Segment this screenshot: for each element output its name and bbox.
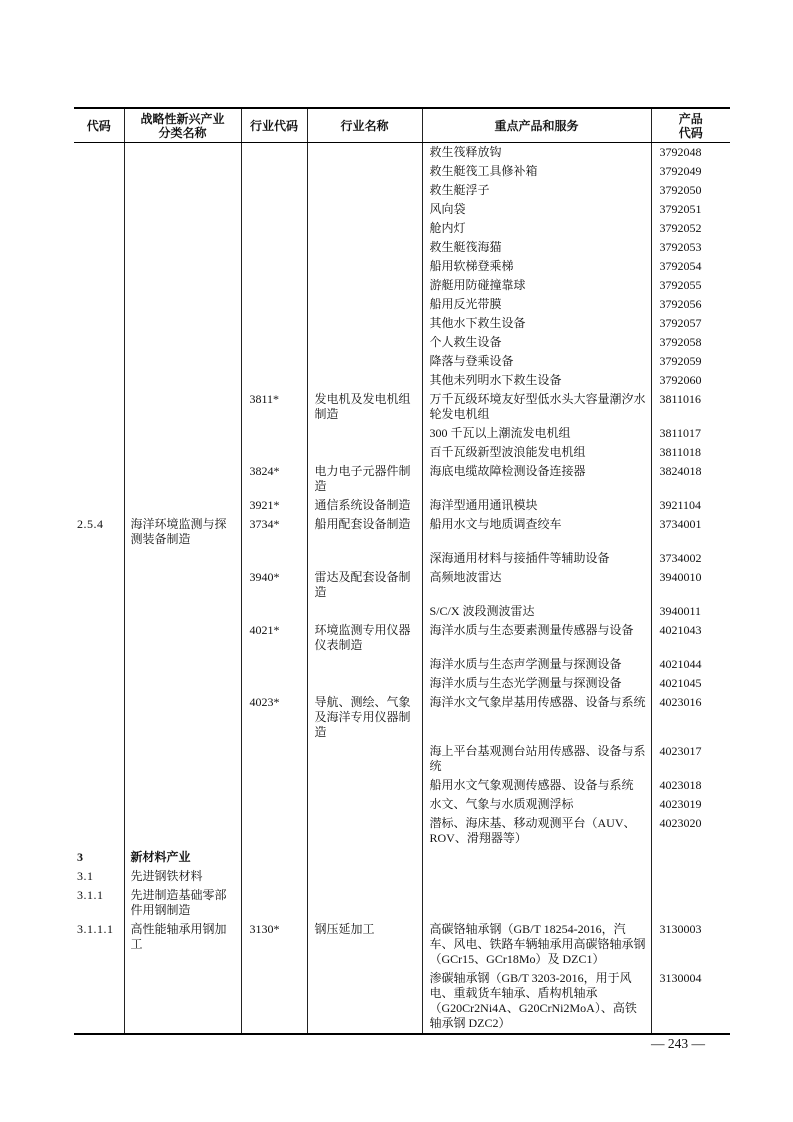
cell-product: 万千瓦级环境友好型低水头大容量潮汐水轮发电机组 [422, 390, 651, 424]
cell-industry-code [241, 814, 307, 848]
cell-category [124, 371, 241, 390]
cell-category [124, 333, 241, 352]
table-row: 舱内灯3792052 [74, 219, 730, 238]
table-row: 救生艇筏海猫3792053 [74, 238, 730, 257]
cell-product: 船用软梯登乘梯 [422, 257, 651, 276]
cell-code [74, 219, 124, 238]
cell-code [74, 352, 124, 371]
cell-industry-code [241, 969, 307, 1034]
cell-product: 海底电缆故障检测设备连接器 [422, 462, 651, 496]
table-row: 风向袋3792051 [74, 200, 730, 219]
table-row: 船用水文气象观测传感器、设备与系统4023018 [74, 776, 730, 795]
cell-industry-name [307, 674, 422, 693]
cell-code [74, 742, 124, 776]
cell-product: 其他未列明水下救生设备 [422, 371, 651, 390]
cell-category: 先进钢铁材料 [124, 867, 241, 886]
table-row: 潜标、海床基、移动观测平台（AUV、ROV、滑翔器等）4023020 [74, 814, 730, 848]
cell-code [74, 462, 124, 496]
cell-industry-code [241, 443, 307, 462]
cell-product-code: 4021045 [651, 674, 730, 693]
cell-industry-code: 3130* [241, 920, 307, 969]
cell-category: 先进制造基础零部件用钢制造 [124, 886, 241, 920]
cell-category [124, 219, 241, 238]
cell-product-code: 4021044 [651, 655, 730, 674]
cell-code [74, 814, 124, 848]
cell-industry-name [307, 655, 422, 674]
cell-industry-name [307, 742, 422, 776]
cell-product-code: 3792057 [651, 314, 730, 333]
cell-category [124, 674, 241, 693]
cell-product-code: 3811018 [651, 443, 730, 462]
cell-product: 海洋水质与生态声学测量与探测设备 [422, 655, 651, 674]
cell-industry-name [307, 549, 422, 568]
cell-code: 3 [74, 848, 124, 867]
cell-industry-code: 3940* [241, 568, 307, 602]
table-body: 救生筏释放钩3792048救生艇筏工具修补箱3792049救生艇浮子379205… [74, 143, 730, 1035]
cell-industry-code [241, 674, 307, 693]
table-row: 救生艇浮子3792050 [74, 181, 730, 200]
cell-code [74, 621, 124, 655]
cell-industry-name [307, 314, 422, 333]
cell-product: 深海通用材料与接插件等辅助设备 [422, 549, 651, 568]
cell-industry-code [241, 742, 307, 776]
cell-industry-code [241, 162, 307, 181]
table-row: 3824*电力电子元器件制造海底电缆故障检测设备连接器3824018 [74, 462, 730, 496]
cell-product [422, 867, 651, 886]
cell-industry-name [307, 969, 422, 1034]
cell-code [74, 655, 124, 674]
cell-category [124, 621, 241, 655]
table-row: 船用反光带膜3792056 [74, 295, 730, 314]
table-row: 3921*通信系统设备制造海洋型通用通讯模块3921104 [74, 496, 730, 515]
cell-industry-name [307, 795, 422, 814]
table-row: 4021*环境监测专用仪器仪表制造海洋水质与生态要素测量传感器与设备402104… [74, 621, 730, 655]
cell-category [124, 200, 241, 219]
table-row: 3新材料产业 [74, 848, 730, 867]
cell-product-code: 3792050 [651, 181, 730, 200]
cell-industry-code [241, 776, 307, 795]
cell-code [74, 693, 124, 742]
cell-industry-name [307, 295, 422, 314]
cell-category [124, 238, 241, 257]
cell-category [124, 462, 241, 496]
cell-code [74, 674, 124, 693]
cell-product-code [651, 848, 730, 867]
cell-category [124, 162, 241, 181]
cell-industry-name [307, 162, 422, 181]
cell-code: 3.1 [74, 867, 124, 886]
cell-industry-name [307, 424, 422, 443]
cell-product: 高频地波雷达 [422, 568, 651, 602]
cell-product: 海洋水质与生态要素测量传感器与设备 [422, 621, 651, 655]
cell-industry-code [241, 886, 307, 920]
cell-product-code: 3792054 [651, 257, 730, 276]
header-industry-name: 行业名称 [307, 108, 422, 143]
cell-industry-name: 发电机及发电机组制造 [307, 390, 422, 424]
cell-code [74, 333, 124, 352]
cell-code [74, 602, 124, 621]
cell-code [74, 969, 124, 1034]
cell-product-code: 3792060 [651, 371, 730, 390]
cell-industry-code [241, 549, 307, 568]
table-row: 其他未列明水下救生设备3792060 [74, 371, 730, 390]
cell-industry-code [241, 371, 307, 390]
cell-industry-name: 电力电子元器件制造 [307, 462, 422, 496]
cell-category [124, 693, 241, 742]
cell-industry-name: 通信系统设备制造 [307, 496, 422, 515]
header-product-code: 产品 代码 [651, 108, 730, 143]
cell-industry-name [307, 238, 422, 257]
cell-industry-code [241, 655, 307, 674]
table-row: 300 千瓦以上潮流发电机组3811017 [74, 424, 730, 443]
cell-product-code: 3940011 [651, 602, 730, 621]
document-page: 代码 战略性新兴产业 分类名称 行业代码 行业名称 重点产品和服务 产品 代码 … [0, 0, 793, 1122]
cell-code [74, 443, 124, 462]
cell-industry-code: 3824* [241, 462, 307, 496]
cell-product-code: 3792048 [651, 143, 730, 163]
cell-industry-code: 4021* [241, 621, 307, 655]
cell-code [74, 795, 124, 814]
page-number: — 243 — [651, 1036, 705, 1052]
table-row: 深海通用材料与接插件等辅助设备3734002 [74, 549, 730, 568]
table-row: 4023*导航、测绘、气象及海洋专用仪器制造海洋水文气象岸基用传感器、设备与系统… [74, 693, 730, 742]
table-row: 水文、气象与水质观测浮标4023019 [74, 795, 730, 814]
cell-industry-name [307, 886, 422, 920]
cell-industry-code [241, 181, 307, 200]
cell-product: 水文、气象与水质观测浮标 [422, 795, 651, 814]
table-row: 3811*发电机及发电机组制造万千瓦级环境友好型低水头大容量潮汐水轮发电机组38… [74, 390, 730, 424]
cell-category [124, 776, 241, 795]
cell-product-code: 4023018 [651, 776, 730, 795]
cell-product: 潜标、海床基、移动观测平台（AUV、ROV、滑翔器等） [422, 814, 651, 848]
cell-code: 3.1.1 [74, 886, 124, 920]
cell-industry-name [307, 602, 422, 621]
cell-industry-code [241, 276, 307, 295]
cell-code [74, 200, 124, 219]
cell-product-code: 3130004 [651, 969, 730, 1034]
cell-industry-code [241, 333, 307, 352]
cell-industry-name [307, 814, 422, 848]
cell-product-code: 4023019 [651, 795, 730, 814]
table-row: 3.1先进钢铁材料 [74, 867, 730, 886]
cell-industry-code [241, 352, 307, 371]
cell-category [124, 424, 241, 443]
cell-code [74, 276, 124, 295]
cell-code: 3.1.1.1 [74, 920, 124, 969]
cell-product-code: 3130003 [651, 920, 730, 969]
cell-code [74, 143, 124, 163]
cell-product: 300 千瓦以上潮流发电机组 [422, 424, 651, 443]
table-row: 救生艇筏工具修补箱3792049 [74, 162, 730, 181]
cell-category [124, 568, 241, 602]
cell-industry-name [307, 352, 422, 371]
cell-category [124, 795, 241, 814]
table-row: 海上平台基观测台站用传感器、设备与系统4023017 [74, 742, 730, 776]
cell-code [74, 257, 124, 276]
cell-industry-code [241, 602, 307, 621]
cell-product: 海洋型通用通讯模块 [422, 496, 651, 515]
cell-industry-name: 雷达及配套设备制造 [307, 568, 422, 602]
cell-product-code [651, 886, 730, 920]
cell-category: 高性能轴承用钢加工 [124, 920, 241, 969]
cell-category [124, 443, 241, 462]
cell-product-code: 3921104 [651, 496, 730, 515]
cell-industry-code [241, 314, 307, 333]
cell-product: S/C/X 波段测波雷达 [422, 602, 651, 621]
table-row: 救生筏释放钩3792048 [74, 143, 730, 163]
cell-product-code: 3792052 [651, 219, 730, 238]
cell-industry-name [307, 276, 422, 295]
cell-industry-name [307, 143, 422, 163]
cell-product: 个人救生设备 [422, 333, 651, 352]
table-row: S/C/X 波段测波雷达3940011 [74, 602, 730, 621]
cell-industry-code [241, 295, 307, 314]
header-industry-code: 行业代码 [241, 108, 307, 143]
cell-industry-code: 3921* [241, 496, 307, 515]
cell-product-code: 3792058 [651, 333, 730, 352]
cell-category [124, 742, 241, 776]
cell-industry-name [307, 219, 422, 238]
cell-category [124, 257, 241, 276]
cell-product-code: 3734001 [651, 515, 730, 549]
cell-industry-name [307, 443, 422, 462]
cell-product: 舱内灯 [422, 219, 651, 238]
cell-product [422, 848, 651, 867]
cell-industry-name [307, 200, 422, 219]
cell-code [74, 776, 124, 795]
cell-industry-code: 4023* [241, 693, 307, 742]
cell-code [74, 295, 124, 314]
cell-category [124, 602, 241, 621]
cell-product-code: 3792051 [651, 200, 730, 219]
cell-code [74, 314, 124, 333]
cell-code [74, 424, 124, 443]
cell-category [124, 549, 241, 568]
cell-category [124, 352, 241, 371]
cell-code [74, 496, 124, 515]
cell-industry-name [307, 848, 422, 867]
cell-product: 渗碳轴承钢（GB/T 3203-2016，用于风电、重载货车轴承、盾构机轴承（G… [422, 969, 651, 1034]
cell-category: 海洋环境监测与探测装备制造 [124, 515, 241, 549]
cell-product-code: 3792056 [651, 295, 730, 314]
cell-product-code: 3811017 [651, 424, 730, 443]
table-row: 3.1.1.1高性能轴承用钢加工3130*钢压延加工高碳铬轴承钢（GB/T 18… [74, 920, 730, 969]
cell-product: 海洋水文气象岸基用传感器、设备与系统 [422, 693, 651, 742]
cell-industry-name [307, 776, 422, 795]
cell-industry-code [241, 795, 307, 814]
cell-category [124, 969, 241, 1034]
cell-product-code: 3792055 [651, 276, 730, 295]
cell-product-code: 3940010 [651, 568, 730, 602]
table-header: 代码 战略性新兴产业 分类名称 行业代码 行业名称 重点产品和服务 产品 代码 [74, 108, 730, 143]
cell-industry-code: 3734* [241, 515, 307, 549]
cell-industry-code [241, 867, 307, 886]
cell-product-code: 4023020 [651, 814, 730, 848]
cell-product: 救生筏释放钩 [422, 143, 651, 163]
cell-industry-name [307, 867, 422, 886]
cell-code [74, 568, 124, 602]
cell-product: 海洋水质与生态光学测量与探测设备 [422, 674, 651, 693]
cell-industry-code [241, 238, 307, 257]
table-row: 渗碳轴承钢（GB/T 3203-2016，用于风电、重载货车轴承、盾构机轴承（G… [74, 969, 730, 1034]
cell-category [124, 314, 241, 333]
cell-product [422, 886, 651, 920]
cell-product-code: 3824018 [651, 462, 730, 496]
cell-category [124, 276, 241, 295]
cell-industry-code [241, 257, 307, 276]
header-row: 代码 战略性新兴产业 分类名称 行业代码 行业名称 重点产品和服务 产品 代码 [74, 108, 730, 143]
cell-industry-code [241, 848, 307, 867]
cell-category [124, 496, 241, 515]
cell-product-code: 3734002 [651, 549, 730, 568]
cell-product: 降落与登乘设备 [422, 352, 651, 371]
cell-product: 船用反光带膜 [422, 295, 651, 314]
cell-code [74, 371, 124, 390]
cell-product-code: 3792053 [651, 238, 730, 257]
table-row: 2.5.4海洋环境监测与探测装备制造3734*船用配套设备制造船用水文与地质调查… [74, 515, 730, 549]
cell-product-code: 3792049 [651, 162, 730, 181]
cell-product: 船用水文气象观测传感器、设备与系统 [422, 776, 651, 795]
cell-industry-name: 船用配套设备制造 [307, 515, 422, 549]
cell-product-code [651, 867, 730, 886]
table-row: 个人救生设备3792058 [74, 333, 730, 352]
cell-code [74, 162, 124, 181]
cell-product: 百千瓦级新型波浪能发电机组 [422, 443, 651, 462]
cell-category: 新材料产业 [124, 848, 241, 867]
table-row: 降落与登乘设备3792059 [74, 352, 730, 371]
cell-product: 高碳铬轴承钢（GB/T 18254-2016，汽车、风电、铁路车辆轴承用高碳铬轴… [422, 920, 651, 969]
cell-code [74, 549, 124, 568]
cell-product: 游艇用防碰撞靠球 [422, 276, 651, 295]
table-row: 游艇用防碰撞靠球3792055 [74, 276, 730, 295]
table-row: 海洋水质与生态光学测量与探测设备4021045 [74, 674, 730, 693]
table-row: 其他水下救生设备3792057 [74, 314, 730, 333]
cell-product-code: 4021043 [651, 621, 730, 655]
cell-product-code: 3811016 [651, 390, 730, 424]
cell-industry-code [241, 219, 307, 238]
cell-industry-name [307, 257, 422, 276]
cell-product: 救生艇筏海猫 [422, 238, 651, 257]
header-code: 代码 [74, 108, 124, 143]
cell-code: 2.5.4 [74, 515, 124, 549]
cell-product: 风向袋 [422, 200, 651, 219]
cell-product-code: 4023017 [651, 742, 730, 776]
cell-product: 救生艇浮子 [422, 181, 651, 200]
cell-industry-name: 导航、测绘、气象及海洋专用仪器制造 [307, 693, 422, 742]
cell-category [124, 181, 241, 200]
cell-category [124, 655, 241, 674]
table-row: 百千瓦级新型波浪能发电机组3811018 [74, 443, 730, 462]
table-row: 3940*雷达及配套设备制造高频地波雷达3940010 [74, 568, 730, 602]
classification-table: 代码 战略性新兴产业 分类名称 行业代码 行业名称 重点产品和服务 产品 代码 … [74, 107, 730, 1035]
cell-code [74, 238, 124, 257]
cell-industry-code [241, 200, 307, 219]
cell-industry-code: 3811* [241, 390, 307, 424]
cell-product-code: 3792059 [651, 352, 730, 371]
cell-category [124, 143, 241, 163]
cell-industry-name: 环境监测专用仪器仪表制造 [307, 621, 422, 655]
cell-code [74, 181, 124, 200]
cell-industry-name: 钢压延加工 [307, 920, 422, 969]
cell-code [74, 390, 124, 424]
cell-industry-name [307, 333, 422, 352]
cell-category [124, 295, 241, 314]
table-row: 海洋水质与生态声学测量与探测设备4021044 [74, 655, 730, 674]
header-category: 战略性新兴产业 分类名称 [124, 108, 241, 143]
cell-industry-code [241, 143, 307, 163]
cell-category [124, 390, 241, 424]
cell-industry-name [307, 371, 422, 390]
cell-industry-name [307, 181, 422, 200]
cell-product: 海上平台基观测台站用传感器、设备与系统 [422, 742, 651, 776]
cell-industry-code [241, 424, 307, 443]
cell-product-code: 4023016 [651, 693, 730, 742]
cell-product: 救生艇筏工具修补箱 [422, 162, 651, 181]
cell-product: 船用水文与地质调查绞车 [422, 515, 651, 549]
table-row: 3.1.1先进制造基础零部件用钢制造 [74, 886, 730, 920]
cell-category [124, 814, 241, 848]
cell-product: 其他水下救生设备 [422, 314, 651, 333]
header-product: 重点产品和服务 [422, 108, 651, 143]
table-row: 船用软梯登乘梯3792054 [74, 257, 730, 276]
